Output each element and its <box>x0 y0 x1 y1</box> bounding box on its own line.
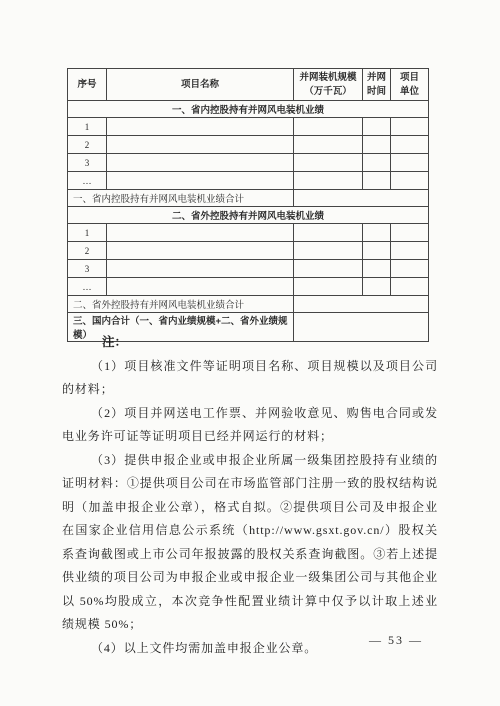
project-name-cell <box>107 224 294 242</box>
capacity-cell <box>294 260 363 278</box>
grid-time-cell <box>363 118 391 136</box>
grid-time-cell <box>363 154 391 172</box>
project-name-cell <box>107 260 294 278</box>
project-name-cell <box>107 172 294 190</box>
table-row: 1 <box>68 224 429 242</box>
header-serial-number: 序号 <box>68 69 107 101</box>
unit-cell <box>391 172 429 190</box>
unit-cell <box>391 224 429 242</box>
table-row: 2 <box>68 136 429 154</box>
section2-title: 二、省外控股持有并网风电装机业绩 <box>68 207 429 224</box>
project-name-cell <box>107 136 294 154</box>
table-header-row: 序号 项目名称 并网装机规模 （万千瓦） 并网 时间 项目 单位 <box>68 69 429 101</box>
section1-title: 一、省内控股持有并网风电装机业绩 <box>68 101 429 118</box>
section1-subtotal-row: 一、省内控股持有并网风电装机业绩合计 <box>68 190 429 207</box>
table-row: 3 <box>68 154 429 172</box>
document-page: 序号 项目名称 并网装机规模 （万千瓦） 并网 时间 项目 单位 一、省内控股持… <box>0 0 500 706</box>
section1-subtotal-value-cell <box>294 190 429 207</box>
table-row: 3 <box>68 260 429 278</box>
unit-cell <box>391 242 429 260</box>
capacity-cell <box>294 118 363 136</box>
grid-time-cell <box>363 172 391 190</box>
header-project-unit: 项目 单位 <box>391 69 429 101</box>
capacity-cell <box>294 278 363 296</box>
table-row: 2 <box>68 242 429 260</box>
serial-cell: … <box>68 278 107 296</box>
header-grid-time: 并网 时间 <box>363 69 391 101</box>
project-name-cell <box>107 154 294 172</box>
serial-cell: 1 <box>68 224 107 242</box>
table-row: 1 <box>68 118 429 136</box>
section2-subtotal-value-cell <box>294 296 429 313</box>
serial-cell: 2 <box>68 136 107 154</box>
notes-section: 注： （1）项目核准文件等证明项目名称、项目规模以及项目公司的材料； （2）项目… <box>62 331 438 660</box>
unit-cell <box>391 136 429 154</box>
section1-title-row: 一、省内控股持有并网风电装机业绩 <box>68 101 429 118</box>
serial-cell: 3 <box>68 260 107 278</box>
performance-table: 序号 项目名称 并网装机规模 （万千瓦） 并网 时间 项目 单位 一、省内控股持… <box>67 68 429 342</box>
section2-subtotal-row: 二、省外控股持有并网风电装机业绩合计 <box>68 296 429 313</box>
page-number: — 53 — <box>354 633 438 648</box>
unit-cell <box>391 278 429 296</box>
grid-time-cell <box>363 136 391 154</box>
unit-cell <box>391 118 429 136</box>
table-row: … <box>68 172 429 190</box>
unit-cell <box>391 154 429 172</box>
section2-title-row: 二、省外控股持有并网风电装机业绩 <box>68 207 429 224</box>
note-item-3: （3）提供申报企业或申报企业所属一级集团控股持有业绩的证明材料：①提供项目公司在… <box>62 449 438 637</box>
serial-cell: 1 <box>68 118 107 136</box>
capacity-cell <box>294 242 363 260</box>
header-project-name: 项目名称 <box>107 69 294 101</box>
grid-time-cell <box>363 260 391 278</box>
capacity-cell <box>294 172 363 190</box>
grid-time-cell <box>363 278 391 296</box>
note-item-1: （1）项目核准文件等证明项目名称、项目规模以及项目公司的材料； <box>62 355 438 402</box>
notes-label: 注： <box>62 331 438 355</box>
header-grid-capacity: 并网装机规模 （万千瓦） <box>294 69 363 101</box>
project-name-cell <box>107 242 294 260</box>
table-row: … <box>68 278 429 296</box>
note-item-2: （2）项目并网送电工作票、并网验收意见、购售电合同或发电业务许可证等证明项目已经… <box>62 402 438 449</box>
serial-cell: 2 <box>68 242 107 260</box>
grid-time-cell <box>363 242 391 260</box>
grid-time-cell <box>363 224 391 242</box>
section1-subtotal-label: 一、省内控股持有并网风电装机业绩合计 <box>68 190 294 207</box>
capacity-cell <box>294 224 363 242</box>
capacity-cell <box>294 154 363 172</box>
unit-cell <box>391 260 429 278</box>
capacity-cell <box>294 136 363 154</box>
project-name-cell <box>107 278 294 296</box>
serial-cell: 3 <box>68 154 107 172</box>
serial-cell: … <box>68 172 107 190</box>
section2-subtotal-label: 二、省外控股持有并网风电装机业绩合计 <box>68 296 294 313</box>
project-name-cell <box>107 118 294 136</box>
